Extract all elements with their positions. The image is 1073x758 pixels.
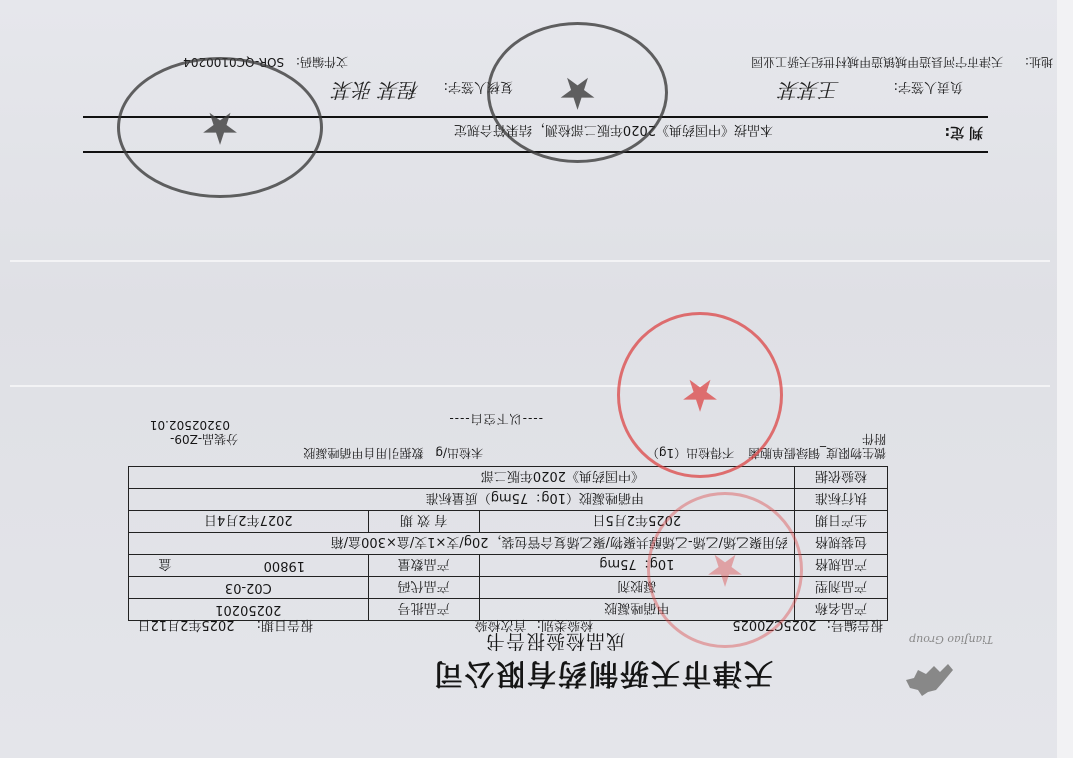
cell-unit: 盒 <box>129 555 202 577</box>
doc-number-label: 文件编码: <box>296 55 348 69</box>
test-note-3: 03202502.01 <box>150 418 230 432</box>
cell-value: 20250201 <box>129 599 369 621</box>
test-note-2: 分装品-Z09- <box>170 432 238 446</box>
cell-label: 产品规格 <box>795 555 888 577</box>
table-row: 检验依据 《中国药典》2020年版二部 <box>129 467 888 489</box>
company-title: 天津市天骄制药有限公司 <box>432 655 773 696</box>
owner-label: 负责人签字: <box>894 79 963 94</box>
gray-company-stamp: ★ <box>117 57 323 198</box>
cell-value: 2027年2月4日 <box>129 511 369 533</box>
end-of-content-mark: ----以下空白---- <box>448 411 543 428</box>
address-value: 天津市宁河县造甲城镇造甲城村世纪天骄工业园 <box>751 55 1003 69</box>
conclusion-label: 判 定: <box>945 123 983 143</box>
gray-quality-stamp: ★ <box>487 22 668 163</box>
cell-label: 产品剂型 <box>795 577 888 599</box>
star-icon: ★ <box>200 102 239 153</box>
cell-label: 产品批号 <box>368 599 479 621</box>
table-row: 执行标准 甲硝唑凝胶（10g：75mg）质量标准 <box>129 489 888 511</box>
red-quality-stamp: ★ <box>617 312 783 478</box>
cell-label: 产品数量 <box>368 555 479 577</box>
cell-label: 生产日期 <box>795 511 888 533</box>
address: 地址: 天津市宁河县造甲城镇造甲城村世纪天骄工业园 <box>751 54 1053 71</box>
test-result: 未检出/g <box>435 446 483 460</box>
star-icon: ★ <box>705 545 744 596</box>
result-line: 附件 分装品-Z09- <box>150 432 886 446</box>
cell-label: 包装规格 <box>795 533 888 555</box>
cell-label: 有 效 期 <box>368 511 479 533</box>
cell-value: 19800 <box>201 555 368 577</box>
star-icon: ★ <box>680 370 719 421</box>
cell-label: 检验依据 <box>795 467 888 489</box>
owner-signature: 负责人签字: 王某某 <box>779 77 963 106</box>
star-icon: ★ <box>558 67 597 118</box>
logo-text: TianJiao Group <box>909 633 993 646</box>
cell-label: 执行标准 <box>795 489 888 511</box>
owner-handwriting: 王某某 <box>779 78 839 102</box>
address-label: 地址: <box>1025 55 1053 69</box>
cell-label: 产品代码 <box>368 577 479 599</box>
result-line: 微生物限度_铜绿假单胞菌 不得检出（1g） 未检出/g 数据引用自甲硝唑凝胶 <box>150 446 886 460</box>
scanned-page: TianJiao Group 天津市天骄制药有限公司 成品检验报告书 报告编号:… <box>0 0 1073 758</box>
cell-value: C02-03 <box>129 577 369 599</box>
cell-label: 产品名称 <box>795 599 888 621</box>
horse-logo-icon <box>903 660 958 700</box>
red-stamp-small: ★ <box>647 492 803 648</box>
test-attachment: 附件 <box>862 432 886 446</box>
test-note: 数据引用自甲硝唑凝胶 <box>304 446 424 460</box>
reviewer-handwriting: 程某 张某 <box>333 78 419 102</box>
report-page-rotated: TianJiao Group 天津市天骄制药有限公司 成品检验报告书 报告编号:… <box>0 0 1073 758</box>
test-item: 微生物限度_铜绿假单胞菌 <box>748 446 886 460</box>
